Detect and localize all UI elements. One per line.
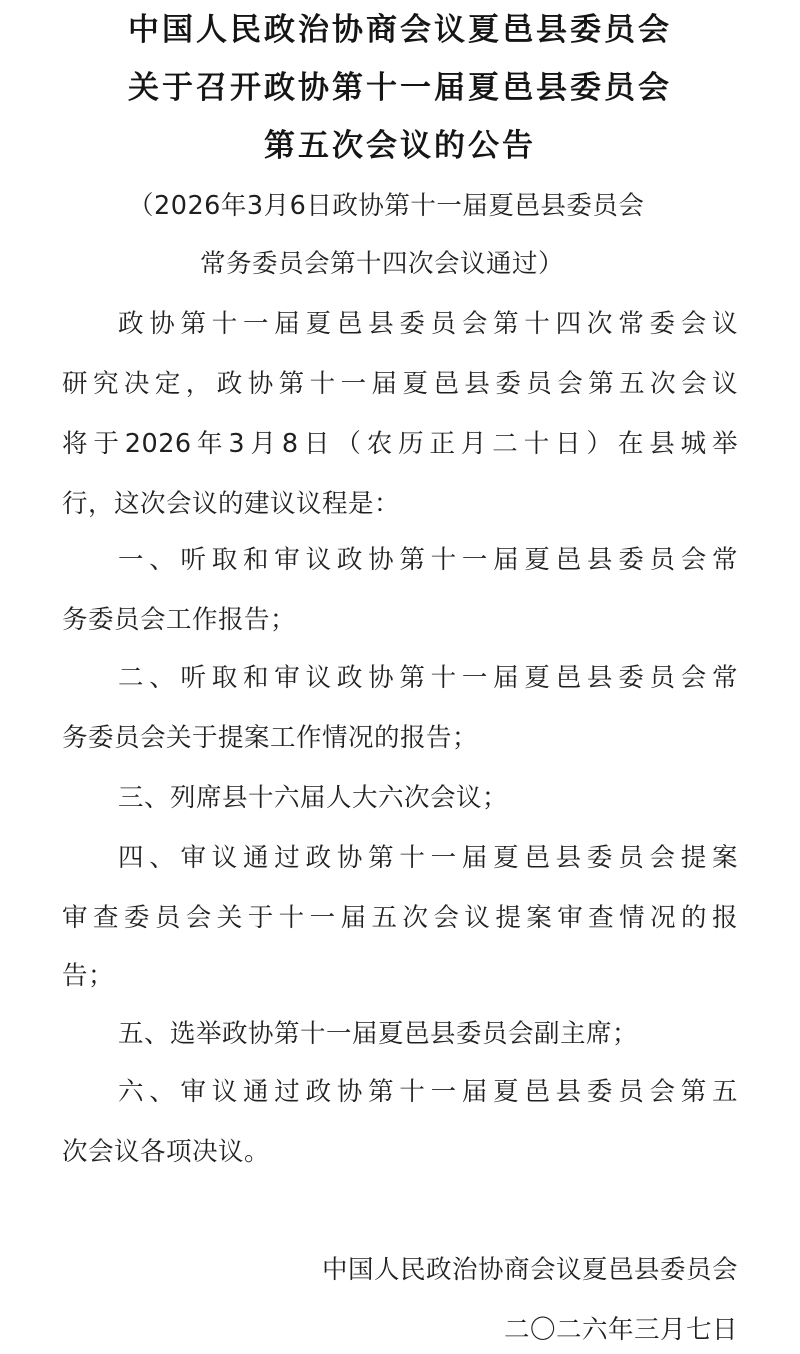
agenda-item-6-line-2: 次会议各项决议。 [62,1132,270,1168]
agenda-item-3-line-1: 三、列席县十六届人大六次会议； [118,778,508,814]
agenda-item-1-line-1: 一、听取和审议政协第十一届夏邑县委员会常 [118,540,738,576]
intro-line-3: 将于2026年3月8日（农历正月二十日）在县城举 [62,424,738,460]
agenda-item-4-line-3: 告； [62,956,114,992]
adoption-note-line-2: 常务委员会第十四次会议通过） [200,244,564,280]
intro-line-1: 政协第十一届夏邑县委员会第十四次常委会议 [118,304,738,340]
adoption-note-line-1: （2026年3月6日政协第十一届夏邑县委员会 [128,186,644,222]
signature-date: 二〇二六年三月七日 [504,1310,738,1346]
title-line-1: 中国人民政治协商会议夏邑县委员会 [0,4,800,49]
intro-line-4: 行，这次会议的建议议程是： [62,484,400,520]
signature-organization: 中国人民政治协商会议夏邑县委员会 [322,1250,738,1286]
title-line-3: 第五次会议的公告 [0,120,800,165]
agenda-item-6-line-1: 六、审议通过政协第十一届夏邑县委员会第五 [118,1072,738,1108]
agenda-item-2-line-2: 务委员会关于提案工作情况的报告； [62,718,478,754]
agenda-item-4-line-2: 审查委员会关于十一届五次会议提案审查情况的报 [62,898,738,934]
intro-line-2: 研究决定，政协第十一届夏邑县委员会第五次会议 [62,364,738,400]
agenda-item-2-line-1: 二、听取和审议政协第十一届夏邑县委员会常 [118,658,738,694]
agenda-item-4-line-1: 四、审议通过政协第十一届夏邑县委员会提案 [118,838,738,874]
agenda-item-1-line-2: 务委员会工作报告； [62,600,296,636]
title-line-2: 关于召开政协第十一届夏邑县委员会 [0,62,800,107]
agenda-item-5-line-1: 五、选举政协第十一届夏邑县委员会副主席； [118,1014,638,1050]
